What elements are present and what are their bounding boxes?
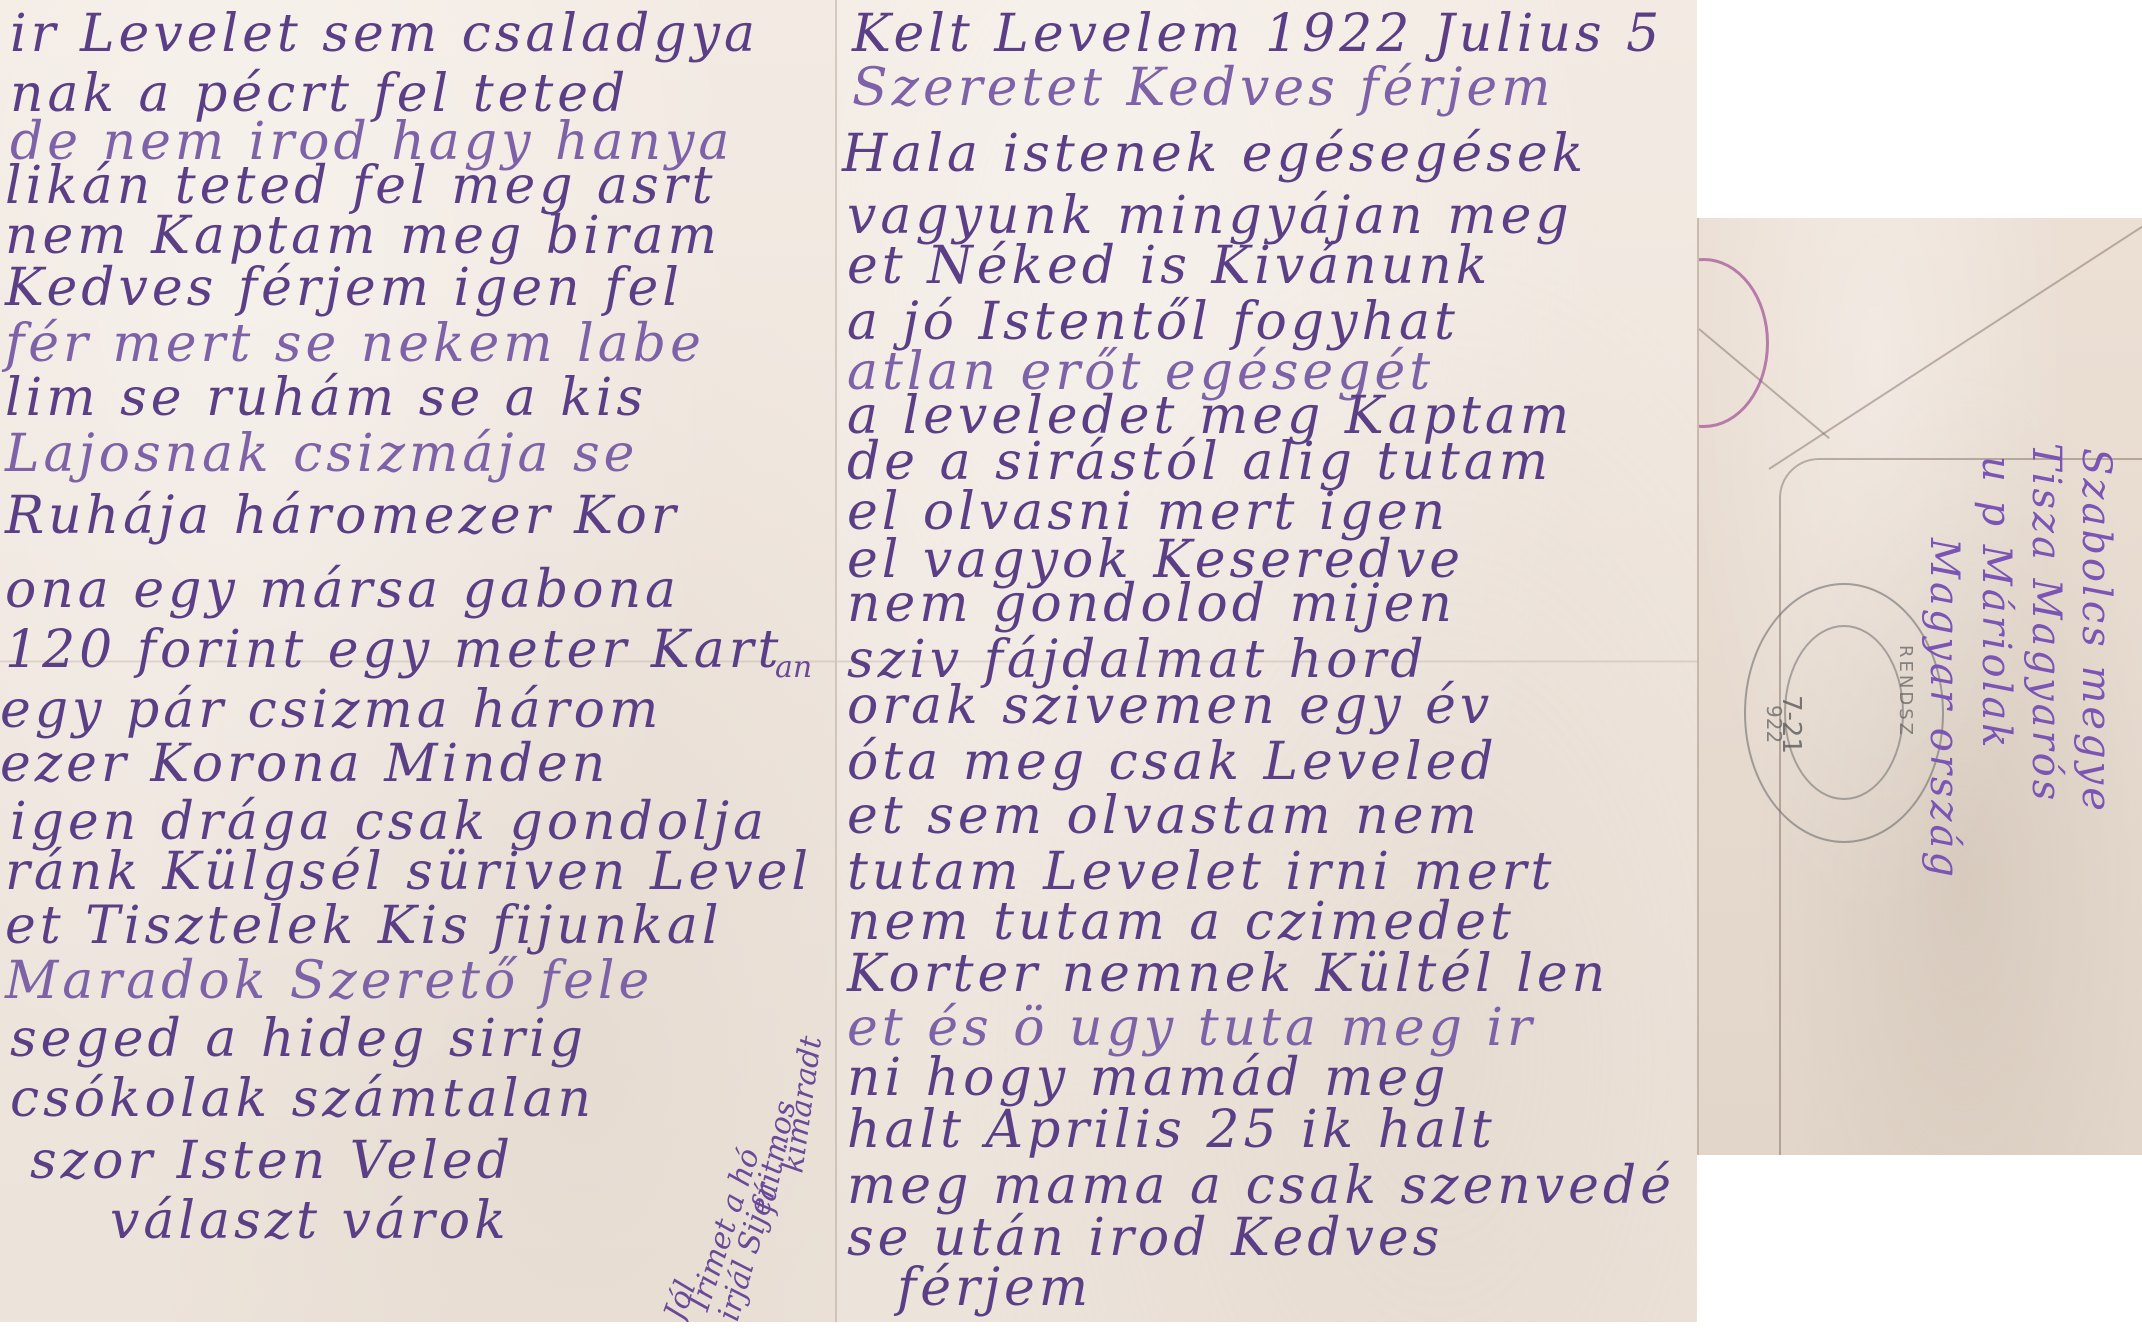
handwritten-line: de a sirástól alig tutam xyxy=(847,436,1552,488)
handwritten-line: ránk Külgsél süriven Level xyxy=(5,846,812,898)
handwritten-line: igen drága csak gondolja xyxy=(10,796,768,848)
envelope-address-line: Magyar ország xyxy=(1921,538,1967,880)
handwritten-line: óta meg csak Leveled xyxy=(847,736,1498,788)
handwritten-line: se után irod Kedves xyxy=(847,1212,1443,1264)
handwritten-line: seged a hideg sirig xyxy=(10,1013,587,1065)
handwritten-line: ni hogy mamád meg xyxy=(847,1052,1449,1104)
handwritten-line: Hala istenek egésegések xyxy=(842,128,1587,180)
handwritten-line: et Tisztelek Kis fijunkal xyxy=(5,900,723,952)
handwritten-line: Korter nemnek Kültél len xyxy=(847,948,1609,1000)
handwritten-line: likán teted fel meg asrt xyxy=(5,160,716,212)
handwritten-line: szor Isten Veled xyxy=(30,1135,514,1187)
handwritten-line: lim se ruhám se a kis xyxy=(5,372,647,424)
superscript-insertion: an xyxy=(775,650,812,685)
letter-closing: férjem xyxy=(897,1262,1092,1314)
envelope-back: REN 7-21 922 RENDSZ Szabolcs megye Tisza… xyxy=(1697,218,2142,1155)
handwritten-line: et és ö ugy tuta meg ir xyxy=(847,1002,1536,1054)
handwritten-line: Kedves férjem igen fel xyxy=(5,262,683,314)
handwritten-line: halt Aprilis 25 ik halt xyxy=(847,1104,1496,1156)
handwritten-line: Lajosnak csizmája se xyxy=(5,428,638,480)
letter-date-header: Kelt Levelem 1922 Julius 5 xyxy=(852,8,1663,60)
red-cancel-stamp: REN xyxy=(1697,258,1769,428)
handwritten-line: et Néked is Kivánunk xyxy=(847,240,1491,292)
postmark-ring-text: RENDSZ xyxy=(1895,645,1916,738)
letter-page-left: ir Levelet sem csaladgya nak a pécrt fel… xyxy=(0,0,835,1322)
handwritten-line: ezer Korona Minden xyxy=(0,738,609,790)
handwritten-line: Ruhája háromezer Kor xyxy=(5,490,680,542)
envelope-address-line: Tisza Magyarós xyxy=(2023,443,2069,803)
letter-page-right: Kelt Levelem 1922 Julius 5 Szeretet Kedv… xyxy=(835,0,1697,1322)
handwritten-line: egy pár csizma három xyxy=(0,684,662,736)
handwritten-line: vagyunk mingyájan meg xyxy=(847,190,1573,242)
handwritten-line: választ várok xyxy=(110,1195,510,1247)
postmark-stamp: 7-21 922 RENDSZ xyxy=(1744,583,1944,843)
letter-salutation: Szeretet Kedves férjem xyxy=(852,62,1554,114)
envelope-address-line: u p Máriolak xyxy=(1973,456,2019,750)
handwritten-line: Maradok Szerető fele xyxy=(5,955,653,1007)
scanned-letter: ir Levelet sem csaladgya nak a pécrt fel… xyxy=(0,0,2142,1332)
handwritten-line: orak szivemen egy év xyxy=(847,680,1493,732)
handwritten-line: fér mert se nekem labe xyxy=(5,318,705,370)
handwritten-line: nem Kaptam meg biram xyxy=(5,210,721,262)
handwritten-line: a jó Istentől fogyhat xyxy=(847,296,1459,348)
handwritten-line: csókolak számtalan xyxy=(10,1073,595,1125)
handwritten-line: ona egy mársa gabona xyxy=(5,564,680,616)
envelope-address-line: Szabolcs megye xyxy=(2073,448,2119,814)
handwritten-line: nem tutam a czimedet xyxy=(847,896,1515,948)
handwritten-line: tutam Levelet irni mert xyxy=(847,846,1555,898)
postmark-year: 922 xyxy=(1762,705,1786,743)
handwritten-line: ir Levelet sem csaladgya xyxy=(10,8,759,60)
handwritten-line: nem gondolod mijen xyxy=(847,578,1456,630)
handwritten-line: et sem olvastam nem xyxy=(847,790,1481,842)
handwritten-line: meg mama a csak szenvedé xyxy=(847,1160,1675,1212)
handwritten-line: 120 forint egy meter Kart xyxy=(5,624,782,676)
